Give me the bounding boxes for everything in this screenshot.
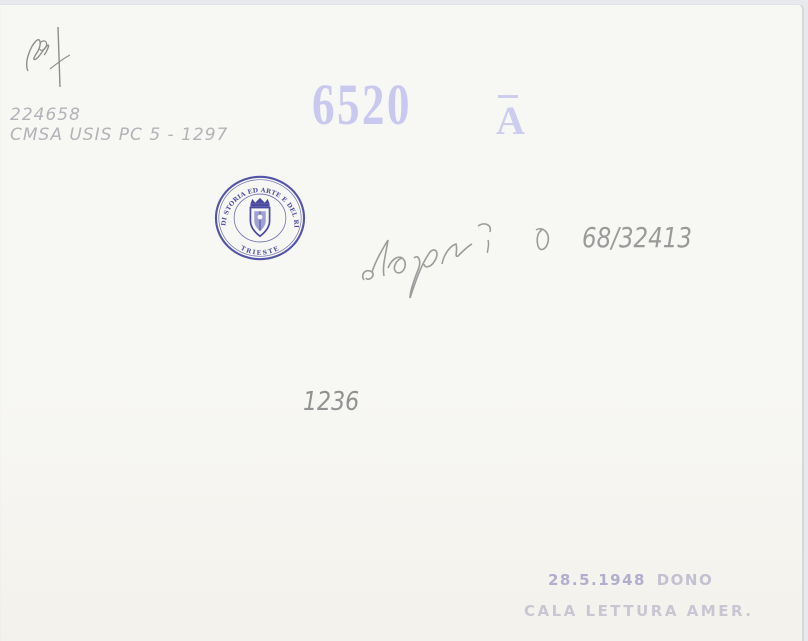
photo-verso-sheet: ML 224658 CMSA USIS PC 5 - 1297 6520 A M… <box>0 4 804 640</box>
donation-date-stamp: 28.5.1948 DONO <box>548 571 713 589</box>
crowned-shield-icon <box>250 198 269 236</box>
museum-seal-stamp: MUSEI CIVICI DI STORIA ED ARTE E DEL RIS… <box>212 173 308 263</box>
inventory-code: CMSA USIS PC 5 - 1297 <box>10 125 228 145</box>
catalog-number-stamp: 6520 <box>312 71 412 138</box>
svg-text:TRIESTE: TRIESTE <box>239 245 280 257</box>
pencil-number: 1236 <box>303 387 359 417</box>
donation-date: 28.5.1948 <box>548 571 646 589</box>
reference-number: 68/32413 <box>582 221 692 254</box>
donation-source-stamp: CALA LETTURA AMER. <box>524 602 754 620</box>
donation-label: DONO <box>657 571 714 589</box>
doppio-handwriting <box>358 210 558 300</box>
seal-text-bottom: TRIESTE <box>239 245 280 257</box>
catalog-letter-stamp: A <box>496 97 525 144</box>
initials-signature <box>10 23 70 87</box>
inventory-number: 224658 <box>10 105 81 125</box>
